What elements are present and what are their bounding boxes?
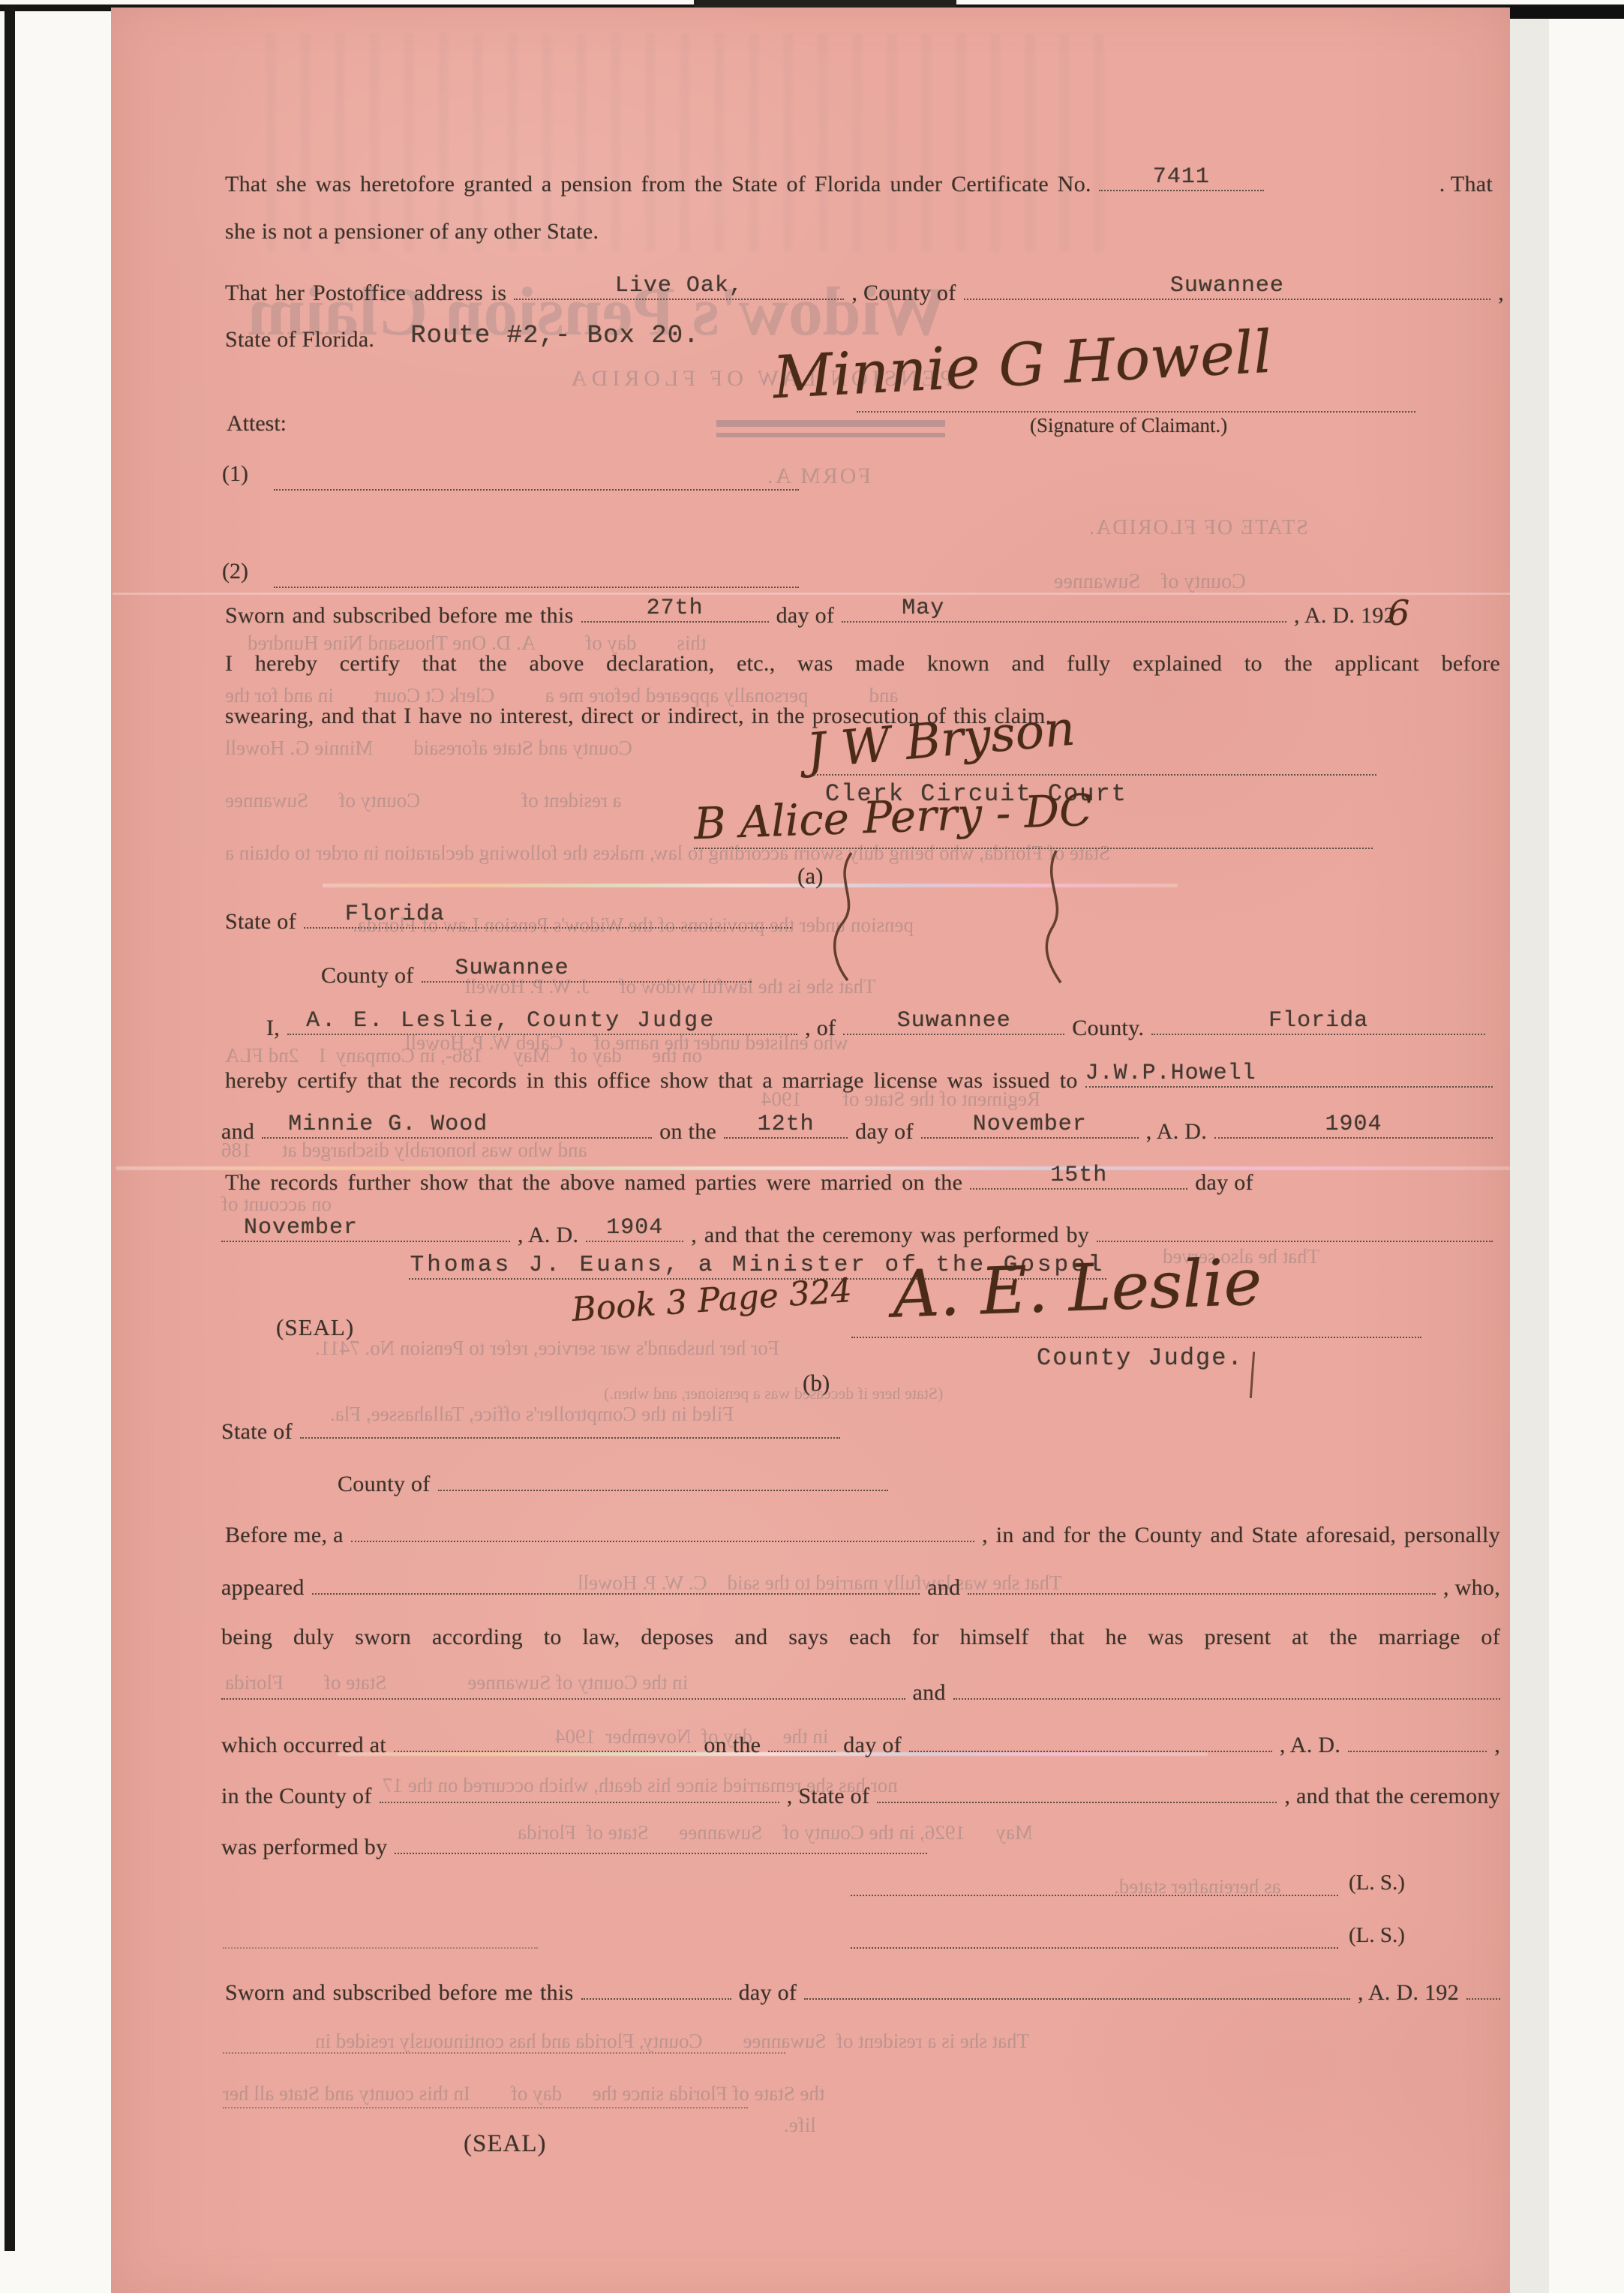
on-the-label: on the: [659, 1119, 716, 1145]
witness-1-line: [274, 489, 799, 491]
pen-stroke-flourish: [788, 849, 1103, 988]
occurred-line: which occurred at on the day of , A. D. …: [221, 1730, 1500, 1758]
postoffice-value: Live Oak,: [514, 273, 844, 299]
judge-row: I, A. E. Leslie, County Judge , of Suwan…: [266, 1013, 1493, 1041]
bleed-through-text: For her husband's war service, refer to …: [315, 1337, 779, 1360]
appeared-label: appeared: [221, 1575, 305, 1601]
records-line-text: The records further show that the above …: [225, 1170, 962, 1196]
witness-2-line: [274, 587, 799, 588]
who-label: , who,: [1443, 1575, 1500, 1601]
officer-blank: [351, 1520, 974, 1542]
license-day-value: 12th: [724, 1112, 848, 1137]
bleed-through-text: FORM A.: [765, 464, 871, 489]
judge-name-value: A. E. Leslie, County Judge: [287, 1008, 797, 1034]
state-blank: Florida: [304, 906, 791, 929]
jurat1-day-of: day of: [776, 603, 835, 629]
before-me-post: , in and for the County and State afores…: [982, 1523, 1500, 1548]
judge-state-blank: Florida: [1151, 1013, 1485, 1035]
i-label: I,: [266, 1016, 280, 1041]
ad-label-b: , A. D.: [1280, 1733, 1340, 1758]
bleed-through-text: a resident of County of Suwannee: [225, 789, 622, 812]
county-value: Suwannee: [964, 273, 1491, 299]
records-line: The records further show that the above …: [225, 1167, 1253, 1196]
scan-edge-left-strip: [5, 5, 15, 2251]
judge-name-blank: A. E. Leslie, County Judge: [287, 1013, 797, 1035]
signature-line: [857, 411, 1415, 413]
scan-edge-right-bar: [1506, 6, 1624, 19]
license-line-text: hereby certify that the records in this …: [225, 1068, 1078, 1094]
of-label: , of: [805, 1016, 836, 1041]
bride-date-line: and Minnie G. Wood on the 12th day of No…: [221, 1116, 1500, 1145]
address-pre: That her Postoffice address is: [225, 281, 506, 306]
address-line: That her Postoffice address is Live Oak,…: [225, 278, 1504, 306]
occurred-day-blank: [768, 1730, 836, 1752]
state-of-row: State of Florida: [225, 906, 799, 935]
ad-label: , A. D.: [1146, 1119, 1207, 1145]
document-scan: Widow's Pension ClaimPENSION LAW OF FLOR…: [0, 0, 1624, 2293]
signature-caption: (Signature of Claimant.): [1030, 414, 1227, 437]
certificate-number-value: 7411: [1099, 164, 1264, 190]
bleed-through-text: on account of: [221, 1193, 332, 1216]
pension-line-1: That she was heretofore granted a pensio…: [225, 169, 1493, 197]
judge-signature-line: [851, 1337, 1421, 1338]
judge-county-value: Suwannee: [843, 1008, 1064, 1034]
bleed-through-text: on the day of May 186-, in Company I 2nd…: [225, 1044, 702, 1067]
bleed-through-text: County of Suwannee: [1054, 570, 1246, 594]
married-day-blank: 15th: [970, 1167, 1187, 1190]
county-of-label-a: County of: [321, 963, 414, 989]
groom-name-blank-b: [221, 1677, 905, 1700]
license-month-blank: November: [921, 1116, 1139, 1139]
jurat1-day-value: 27th: [581, 596, 769, 621]
jurat2-pre: Sworn and subscribed before me this: [225, 1980, 574, 2006]
married-year-blank: 1904: [586, 1220, 683, 1242]
day-of-label: day of: [855, 1119, 914, 1145]
judge-county-blank: Suwannee: [843, 1013, 1064, 1035]
bleed-through-text: life.: [784, 2114, 816, 2137]
occurred-year-blank: [1348, 1730, 1487, 1752]
county-of-row: County of Suwannee: [321, 960, 759, 989]
groom-blank: J.W.P.Howell: [1085, 1065, 1493, 1088]
occurred-place-blank: [394, 1730, 696, 1752]
fold-crease-soft: [113, 593, 1510, 595]
seal-marker-1: (SEAL): [276, 1314, 354, 1341]
ls-marker-2: (L. S.): [1349, 1923, 1405, 1948]
county-blank-b2: [380, 1781, 779, 1803]
performed-line: was performed by: [221, 1832, 935, 1860]
bleed-through-text: County and State aforesaid Minnie G. How…: [225, 737, 632, 760]
witness-name-blank-1: [312, 1572, 920, 1595]
license-line: hereby certify that the records in this …: [225, 1065, 1500, 1094]
state-of-label: State of: [225, 909, 296, 935]
married-month-blank: November: [221, 1220, 510, 1242]
county-of-label: , County of: [851, 281, 956, 306]
married-month-line: November , A. D. 1904 , and that the cer…: [221, 1220, 1500, 1248]
bride-value: Minnie G. Wood: [262, 1112, 652, 1137]
jurat2-day-of: day of: [739, 1980, 797, 2006]
jurat1-month-value: May: [842, 596, 1286, 621]
jurat1-ad: , A. D. 192: [1294, 603, 1395, 629]
occurred-comma: ,: [1494, 1733, 1500, 1758]
witness-1-marker: (1): [222, 461, 248, 487]
county-blank: Suwannee: [964, 278, 1491, 300]
state-mid-label: , State of: [787, 1784, 869, 1809]
jurat1-day-blank: 27th: [581, 600, 769, 623]
pension-line-2-text: she is not a pensioner of any other Stat…: [225, 219, 599, 245]
county-pre-b: in the County of: [221, 1784, 372, 1809]
seal-marker-2: (SEAL): [464, 2130, 546, 2158]
state-typed-value: Florida: [304, 902, 791, 927]
state-blank-b2: [877, 1781, 1277, 1803]
ls-signature-line-2: [851, 1947, 1338, 1949]
pension-line-1-text: That she was heretofore granted a pensio…: [225, 172, 1091, 197]
before-me-line: Before me, a , in and for the County and…: [225, 1520, 1500, 1548]
occurred-pre: which occurred at: [221, 1733, 386, 1758]
state-blank-b: [300, 1416, 840, 1439]
bleed-dotted-line: [223, 2107, 748, 2108]
county-judge-signature: A. E. Leslie: [891, 1244, 1262, 1332]
license-day-blank: 12th: [724, 1116, 848, 1139]
jurat2-ad: , A. D. 192: [1358, 1980, 1459, 2006]
appeared-line: appeared and , who,: [221, 1572, 1500, 1601]
married-month-value: November: [221, 1215, 510, 1241]
jurat1-year-handwritten: 6: [1388, 593, 1409, 633]
county-of-label-b: County of: [338, 1472, 431, 1497]
bleed-through-text: That she is a resident of Suwannee Count…: [315, 2030, 1029, 2053]
jurat1-pre: Sworn and subscribed before me this: [225, 603, 574, 629]
certify-line-1: I hereby certify that the above declarat…: [225, 651, 1500, 677]
and-label: and: [221, 1119, 254, 1145]
state-of-row-b: State of: [221, 1416, 848, 1445]
license-year-blank: 1904: [1214, 1116, 1493, 1139]
license-month-value: November: [921, 1112, 1139, 1137]
sworn-body-text: being duly sworn according to law, depos…: [221, 1625, 1500, 1649]
jurat2-year-blank: [1466, 1977, 1500, 2000]
performer-blank-b: [395, 1832, 927, 1854]
couple-names-line: and: [221, 1677, 1500, 1706]
county-typed-value: Suwannee: [422, 956, 752, 981]
witness-2-marker: (2): [222, 559, 248, 584]
bride-blank: Minnie G. Wood: [262, 1116, 652, 1139]
route-value: Route #2,- Box 20.: [410, 322, 699, 350]
on-the-label-b: on the: [704, 1733, 761, 1758]
and-label-1: and: [927, 1575, 960, 1601]
pension-line-2: she is not a pensioner of any other Stat…: [225, 219, 599, 245]
underlying-page-edge: [1510, 19, 1549, 2293]
section-b-marker: (b): [803, 1370, 830, 1397]
certificate-number-blank: 7411: [1099, 169, 1264, 191]
and-label-2: and: [913, 1680, 946, 1706]
certify-line-1-text: I hereby certify that the above declarat…: [225, 651, 1500, 676]
jurat2-day-blank: [581, 1977, 731, 2000]
jurat1-line: Sworn and subscribed before me this 27th…: [225, 600, 1395, 629]
day-of-label-2: day of: [1195, 1170, 1253, 1196]
bleed-dotted-line: [223, 2052, 785, 2054]
state-of-florida-label: State of Florida.: [225, 327, 374, 353]
occurred-month-blank: [909, 1730, 1272, 1752]
pension-line-1-tail: . That: [1439, 172, 1493, 197]
sworn-body-line: being duly sworn according to law, depos…: [221, 1625, 1500, 1650]
address-comma: ,: [1498, 281, 1504, 306]
ceremony-tail: , and that the ceremony was performed by: [691, 1223, 1089, 1248]
bleed-dotted-line: [223, 1947, 538, 1949]
bride-name-blank-b: [953, 1677, 1500, 1700]
married-day-value: 15th: [970, 1163, 1187, 1188]
ceremony-performer-blank: [1097, 1220, 1493, 1242]
bleed-through-text: (State here if deceased was a pensioner,…: [604, 1384, 943, 1403]
county-state-line: in the County of , State of , and that t…: [221, 1781, 1500, 1809]
married-year-value: 1904: [586, 1215, 683, 1241]
bleed-through-text: STATE OF FLORIDA.: [1088, 516, 1308, 540]
state-of-label-b: State of: [221, 1419, 293, 1445]
clerk-signature-line: [810, 774, 1376, 776]
county-word: County.: [1072, 1016, 1144, 1041]
bleed-through-bar: [716, 420, 945, 427]
state-route-line: State of Florida. Route #2,- Box 20.: [225, 326, 700, 355]
jurat2-line: Sworn and subscribed before me this day …: [225, 1977, 1500, 2006]
ceremony-tail-b: , and that the ceremony: [1284, 1784, 1500, 1809]
attest-label: Attest:: [227, 411, 287, 437]
ls-signature-line-1: [851, 1895, 1338, 1896]
day-of-label-b: day of: [843, 1733, 902, 1758]
witness-name-blank-2: [968, 1572, 1436, 1595]
jurat1-month-blank: May: [842, 600, 1286, 623]
bleed-through-text: the State of Florida since the day of In…: [223, 2082, 824, 2105]
judge-state-value: Florida: [1151, 1008, 1485, 1034]
ls-marker-1: (L. S.): [1349, 1871, 1405, 1895]
bleed-through-bar: [716, 433, 945, 437]
ad-label-2: , A. D.: [518, 1223, 578, 1248]
license-year-value: 1904: [1214, 1112, 1493, 1137]
groom-value: J.W.P.Howell: [1085, 1061, 1493, 1086]
before-me-pre: Before me, a: [225, 1523, 344, 1548]
jurat2-month-blank: [804, 1977, 1350, 2000]
county-of-row-b: County of: [338, 1469, 896, 1497]
performed-label: was performed by: [221, 1835, 387, 1860]
county-blank-b: [438, 1469, 888, 1491]
county-judge-title: County Judge.: [1037, 1344, 1244, 1372]
postoffice-blank: Live Oak,: [514, 278, 844, 300]
county-blank-a: Suwannee: [422, 960, 752, 983]
